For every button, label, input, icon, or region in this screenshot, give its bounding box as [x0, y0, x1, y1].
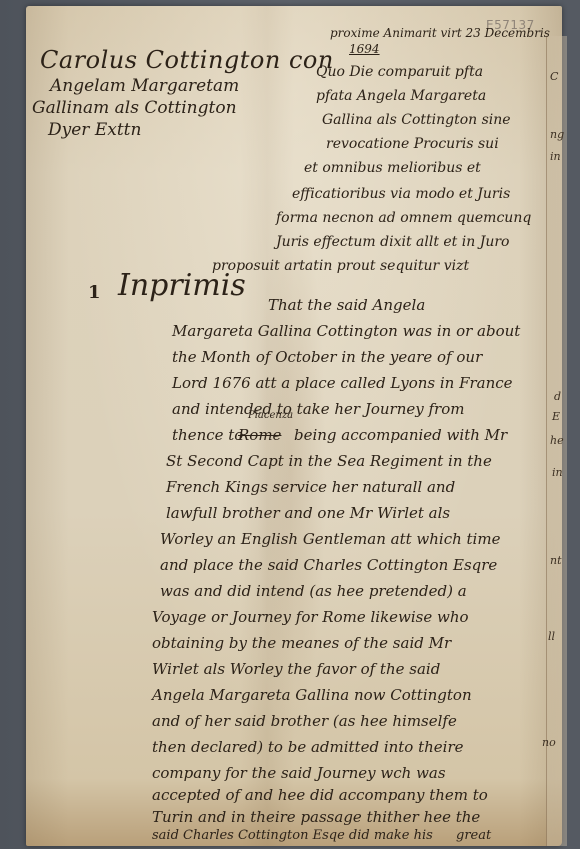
body-line: then declared) to be admitted into their…	[152, 738, 464, 756]
body-line: St Second Capt in the Sea Regiment in th…	[166, 452, 492, 470]
body-line: said Charles Cottington Esqe did make hi…	[152, 828, 433, 843]
body-line: Voyage or Journey for Rome likewise who	[152, 608, 469, 626]
body-line: company for the said Journey wch was	[152, 764, 446, 782]
latin-line: Gallina als Cottington sine	[322, 112, 511, 128]
latin-line: Quo Die comparuit pfta	[316, 64, 483, 80]
body-line: Margareta Gallina Cottington was in or a…	[172, 322, 520, 340]
margin-fragment: in	[550, 150, 561, 163]
caption-line-2: Angelam Margaretam	[50, 76, 239, 96]
margin-fragment: nt	[550, 554, 562, 567]
margin-fragment: no	[542, 736, 556, 749]
body-line: the Month of October in the yeare of our	[172, 348, 482, 366]
inserted-word: Piacenza	[248, 410, 293, 421]
body-line: obtaining by the meanes of the said Mr	[152, 634, 451, 652]
article-number: 1	[88, 282, 101, 303]
caption-line-1: Carolus Cottington con	[40, 46, 334, 74]
latin-line: forma necnon ad omnem quemcunq	[276, 210, 531, 226]
latin-line: revocatione Procuris sui	[326, 136, 499, 152]
article-heading-inprimis: Inprimis	[118, 268, 246, 303]
body-line: Lord 1676 att a place called Lyons in Fr…	[172, 374, 513, 392]
caption-line-4: Dyer Exttn	[48, 120, 141, 140]
margin-fragment: ng	[550, 128, 564, 141]
body-line: and of her said brother (as hee himselfe	[152, 712, 457, 730]
margin-fragment: in	[552, 466, 563, 479]
caption-line-3: Gallinam als Cottington	[32, 98, 237, 118]
latin-line: efficatioribus via modo et Juris	[292, 186, 510, 202]
body-line: being accompanied with Mr	[294, 426, 507, 444]
body-line: was and did intend (as hee pretended) a	[160, 582, 467, 600]
latin-line: Juris effectum dixit allt et in Juro	[276, 234, 509, 250]
body-line: lawfull brother and one Mr Wirlet als	[166, 504, 450, 522]
body-line: Turin and in theire passage thither hee …	[152, 808, 480, 826]
margin-fragment: he	[550, 434, 564, 447]
manuscript-page: E57137 proxime Animarit virt 23 Decembri…	[26, 6, 562, 846]
body-line: accepted of and hee did accompany them t…	[152, 786, 488, 804]
header-date-line: proxime Animarit virt 23 Decembris	[330, 26, 550, 40]
latin-line: et omnibus melioribus et	[304, 160, 481, 176]
body-line: Angela Margareta Gallina now Cottington	[152, 686, 472, 704]
body-line: Wirlet als Worley the favor of the said	[152, 660, 440, 678]
margin-fragment: d	[554, 390, 561, 403]
header-year: 1694	[349, 42, 380, 56]
latin-line: pfata Angela Margareta	[316, 88, 486, 104]
body-line: and intended to take her Journey from	[172, 400, 465, 418]
catchword: great	[456, 828, 491, 843]
struck-word: Rome	[238, 426, 281, 444]
body-line: That the said Angela	[268, 296, 425, 314]
body-line: Worley an English Gentleman att which ti…	[160, 530, 500, 548]
body-line: and place the said Charles Cottington Es…	[160, 556, 497, 574]
latin-line: proposuit artatin prout sequitur vizt	[212, 258, 469, 274]
body-line: French Kings service her naturall and	[166, 478, 455, 496]
margin-fragment: ll	[548, 630, 555, 643]
margin-fragment: E	[552, 410, 560, 423]
margin-fragment: C	[550, 70, 558, 83]
body-line: thence to	[172, 426, 243, 444]
